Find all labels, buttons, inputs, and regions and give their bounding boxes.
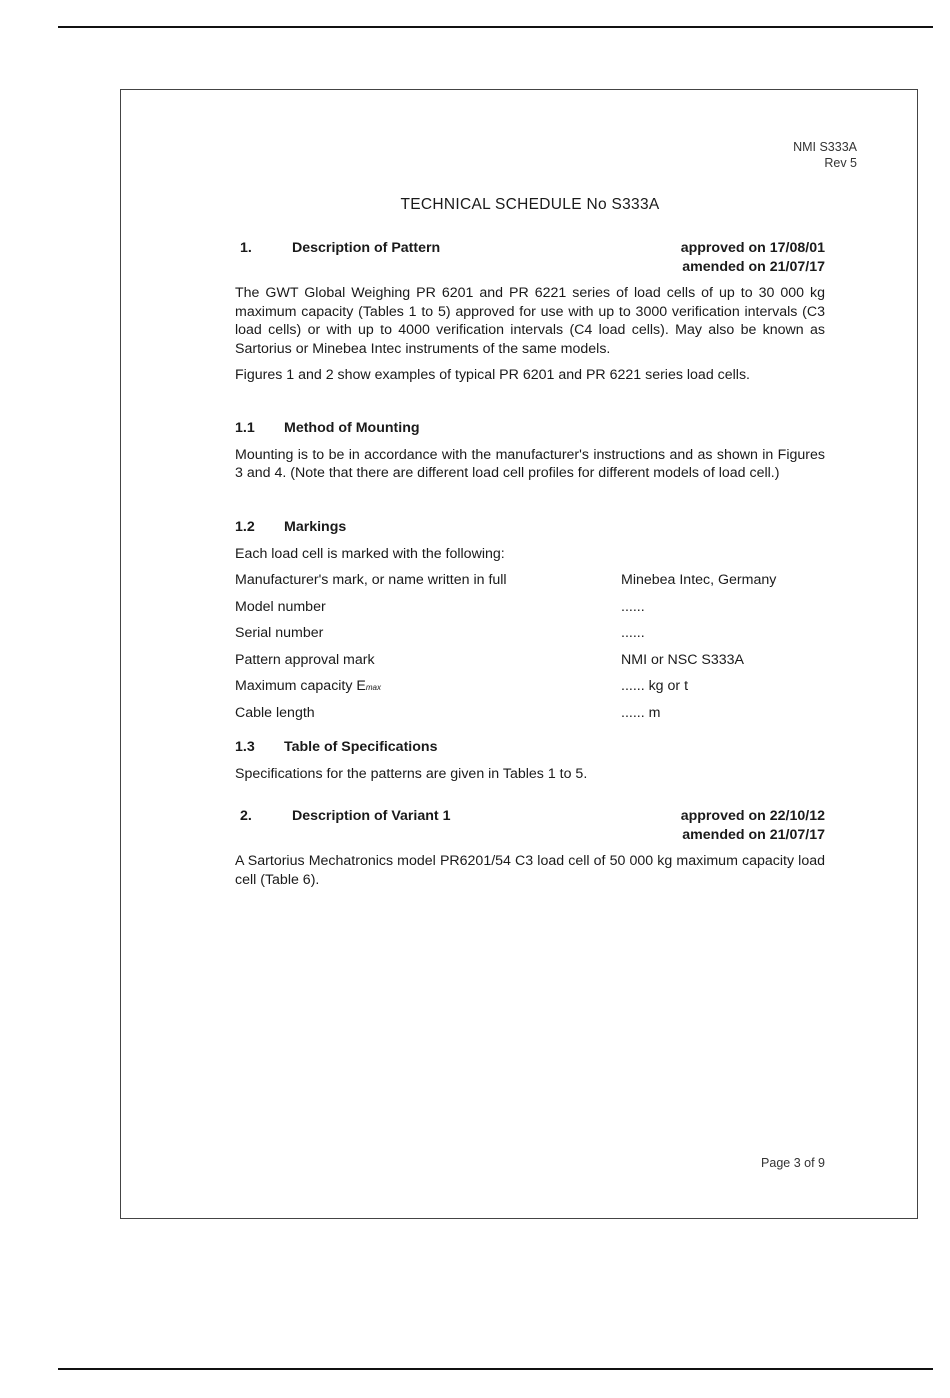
section-2: 2.Description of Variant 1 approved on 2… xyxy=(235,807,825,889)
marking-value: NMI or NSC S333A xyxy=(621,651,825,670)
section-1-3-text: Specifications for the patterns are give… xyxy=(235,765,825,784)
marking-label: Cable length xyxy=(235,704,621,723)
section-title: Method of Mounting xyxy=(284,419,420,438)
document-reference: NMI S333A Rev 5 xyxy=(793,139,857,171)
document-code: NMI S333A xyxy=(793,139,857,155)
marking-row: Maximum capacity Emax ...... kg or t xyxy=(235,677,825,704)
section-title: Description of Variant 1 xyxy=(292,808,450,824)
amended-date: amended on 21/07/17 xyxy=(681,258,825,277)
marking-label: Pattern approval mark xyxy=(235,651,621,670)
section-1-1-heading: 1.1 Method of Mounting xyxy=(235,419,825,438)
section-1-paragraph-1: The GWT Global Weighing PR 6201 and PR 6… xyxy=(235,284,825,358)
section-number: 1.2 xyxy=(235,518,284,537)
marking-row: Cable length ...... m xyxy=(235,704,825,731)
markings-list: Manufacturer's mark, or name written in … xyxy=(235,571,825,730)
document-revision: Rev 5 xyxy=(793,155,857,171)
marking-value: ...... xyxy=(621,624,825,643)
marking-label: Model number xyxy=(235,598,621,617)
section-1-1-text: Mounting is to be in accordance with the… xyxy=(235,446,825,483)
footer-rule xyxy=(58,1368,933,1370)
marking-row: Pattern approval mark NMI or NSC S333A xyxy=(235,651,825,678)
section-1-3-heading: 1.3 Table of Specifications xyxy=(235,738,825,757)
section-number: 1.3 xyxy=(235,738,284,757)
section-title: Markings xyxy=(284,518,346,537)
section-number: 1.1 xyxy=(235,419,284,438)
section-2-text: A Sartorius Mechatronics model PR6201/54… xyxy=(235,852,825,889)
page-title: TECHNICAL SCHEDULE No S333A xyxy=(0,196,950,214)
marking-label: Serial number xyxy=(235,624,621,643)
page-number: Page 3 of 9 xyxy=(761,1156,825,1170)
marking-value: Minebea Intec, Germany xyxy=(621,571,825,590)
approved-date: approved on 22/10/12 xyxy=(681,807,825,826)
marking-label: Manufacturer's mark, or name written in … xyxy=(235,571,621,590)
markings-intro: Each load cell is marked with the follow… xyxy=(235,545,825,564)
amended-date: amended on 21/07/17 xyxy=(681,826,825,845)
marking-label-subscript: max xyxy=(366,683,381,692)
section-1-2: 1.2 Markings Each load cell is marked wi… xyxy=(235,518,825,730)
marking-label: Maximum capacity Emax xyxy=(235,677,621,698)
section-title: Description of Pattern xyxy=(292,240,440,256)
section-1-3: 1.3 Table of Specifications Specificatio… xyxy=(235,738,825,783)
section-1-heading: 1.Description of Pattern approved on 17/… xyxy=(235,239,825,276)
section-1-1: 1.1 Method of Mounting Mounting is to be… xyxy=(235,419,825,483)
section-number: 2. xyxy=(235,807,292,826)
section-2-heading: 2.Description of Variant 1 approved on 2… xyxy=(235,807,825,844)
marking-row: Model number ...... xyxy=(235,598,825,625)
marking-value: ...... kg or t xyxy=(621,677,825,696)
section-dates: approved on 17/08/01 amended on 21/07/17 xyxy=(681,239,825,276)
section-title: Table of Specifications xyxy=(284,738,437,757)
header-rule xyxy=(58,26,933,28)
approved-date: approved on 17/08/01 xyxy=(681,239,825,258)
marking-label-text: Maximum capacity E xyxy=(235,678,366,694)
section-number: 1. xyxy=(235,239,292,258)
section-1-2-heading: 1.2 Markings xyxy=(235,518,825,537)
marking-row: Serial number ...... xyxy=(235,624,825,651)
marking-row: Manufacturer's mark, or name written in … xyxy=(235,571,825,598)
section-1-paragraph-2: Figures 1 and 2 show examples of typical… xyxy=(235,366,825,385)
section-dates: approved on 22/10/12 amended on 21/07/17 xyxy=(681,807,825,844)
marking-value: ...... xyxy=(621,598,825,617)
section-1: 1.Description of Pattern approved on 17/… xyxy=(235,239,825,385)
marking-value: ...... m xyxy=(621,704,825,723)
